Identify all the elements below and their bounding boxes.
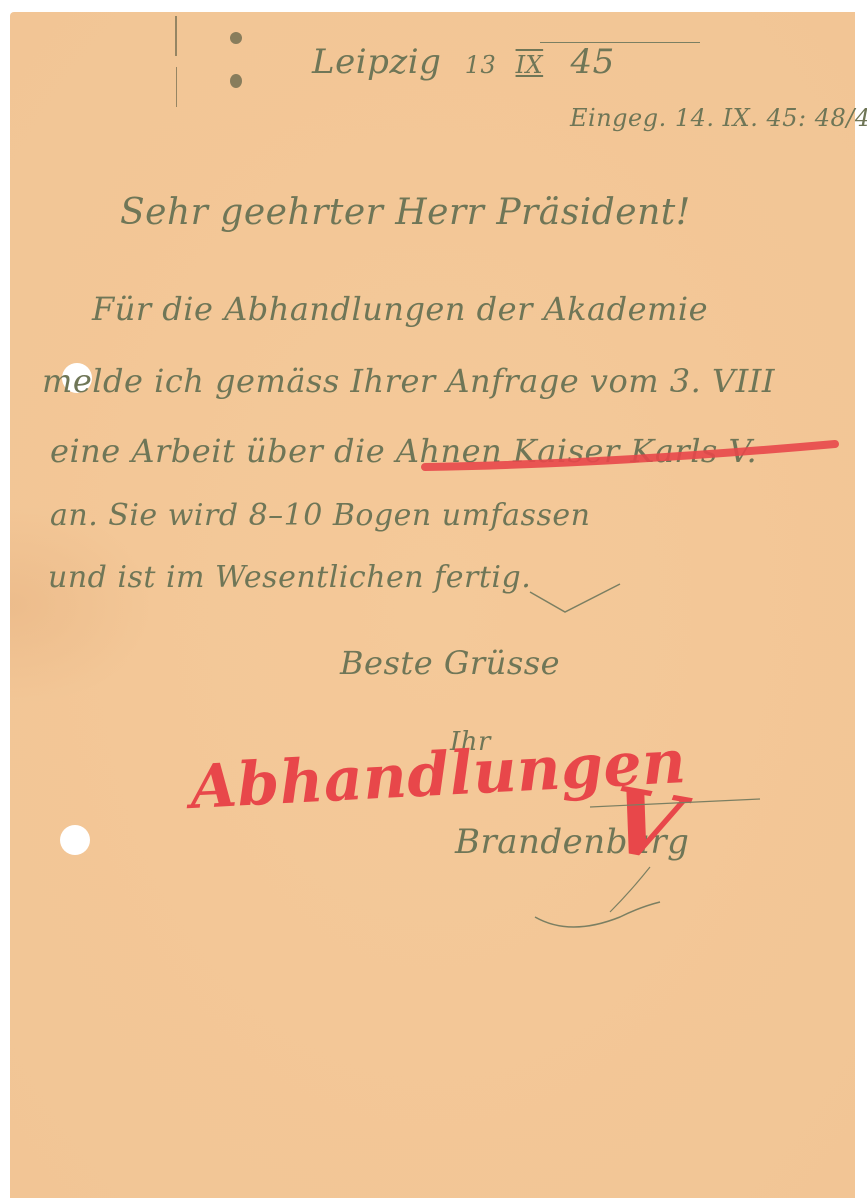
signature-tail [610,867,650,912]
signature-flourish [535,902,660,927]
strokes-overlay [10,12,855,1198]
fertig-flourish [530,584,620,612]
letter-paper: Leipzig 13 IX 45 Eingeg. 14. IX. 45: 48/… [10,12,855,1198]
signature-line [590,799,760,807]
red-underline [425,444,835,467]
